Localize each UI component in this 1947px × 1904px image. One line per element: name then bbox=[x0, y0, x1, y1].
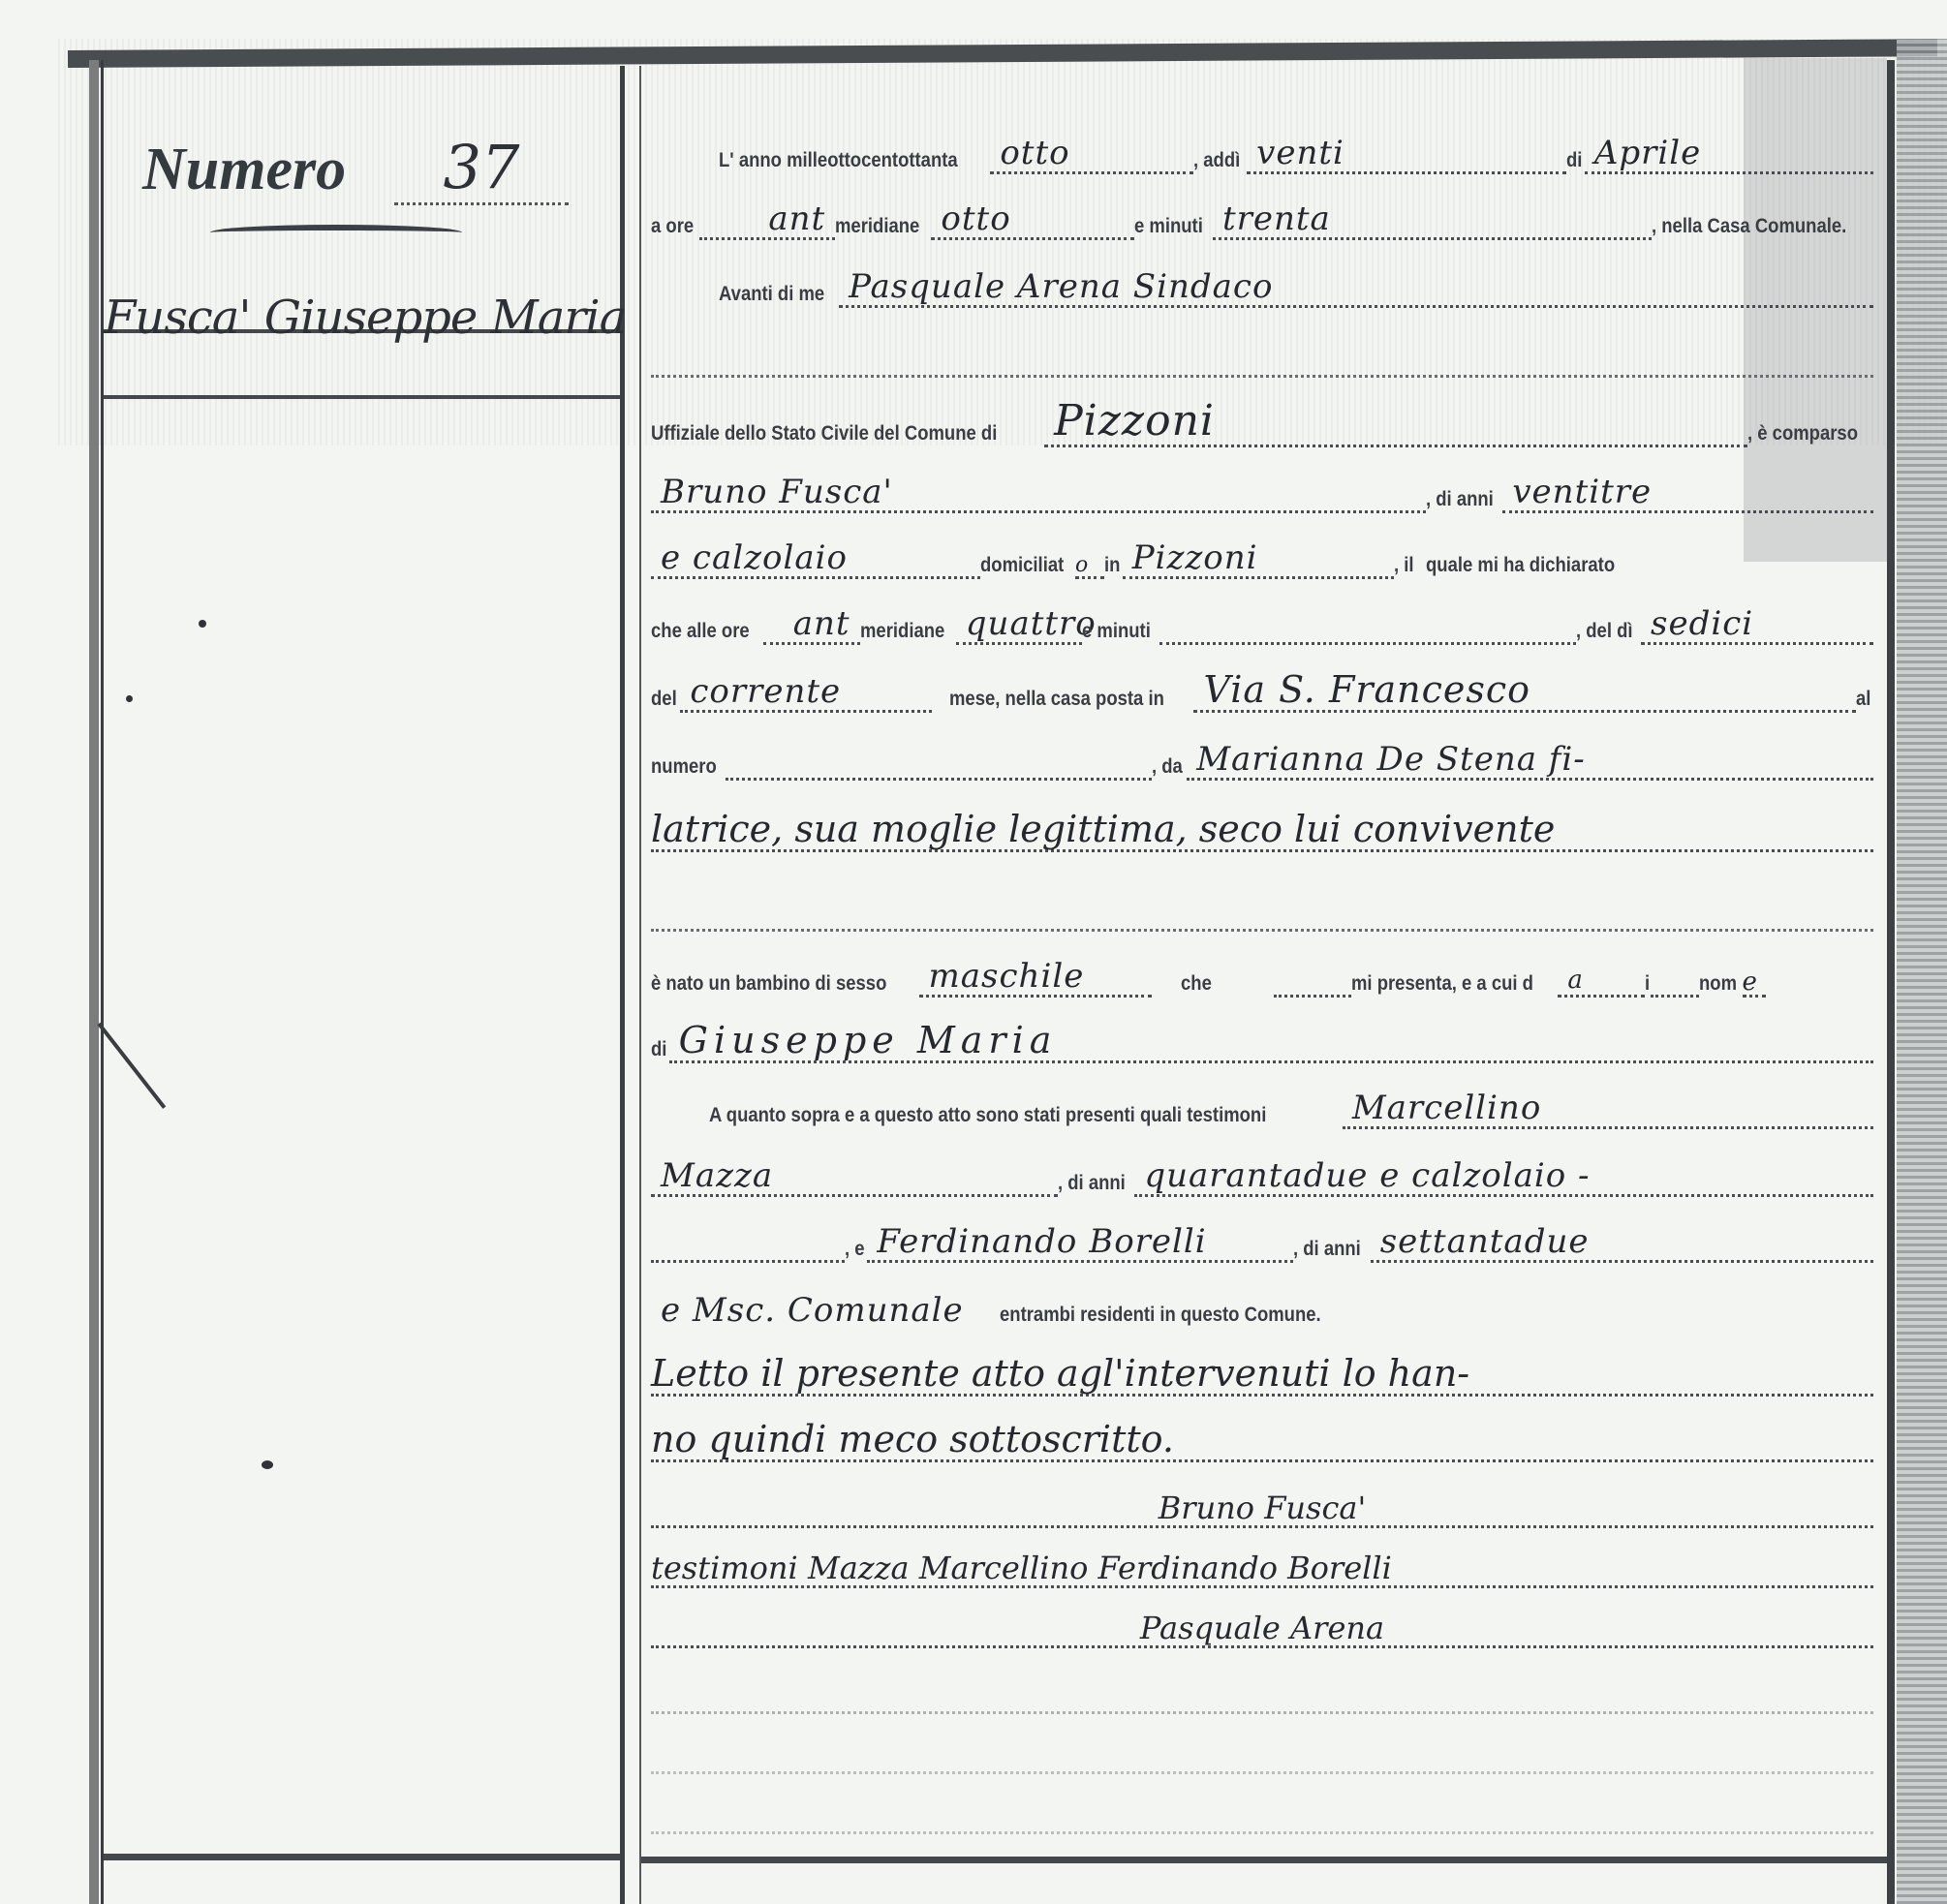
signature: Bruno Fusca' bbox=[651, 1473, 1873, 1528]
handwritten-field bbox=[726, 733, 1152, 781]
handwritten-field: venti bbox=[1247, 127, 1566, 174]
handwritten-field: Pasquale Arena Sindaco bbox=[839, 261, 1873, 308]
handwritten-field: trenta bbox=[1213, 193, 1652, 240]
printed-text: meridiane bbox=[835, 216, 919, 240]
handwritten-field: Ferdinando Borelli bbox=[867, 1215, 1293, 1263]
printed-text: meridiane bbox=[860, 621, 944, 645]
printed-text: e minuti bbox=[1134, 216, 1203, 240]
form-line-blank-5 bbox=[651, 1776, 1873, 1834]
column-divider-inner bbox=[639, 66, 641, 1904]
printed-text: in bbox=[1104, 555, 1120, 579]
handwritten-field: ant bbox=[763, 598, 860, 645]
signature: Pasquale Arena bbox=[651, 1593, 1873, 1648]
form-line-witness-1: Mazza , di anni quarantadue e calzolaio … bbox=[651, 1139, 1873, 1197]
handwritten-field: a bbox=[1558, 950, 1645, 998]
printed-text: e minuti bbox=[1082, 621, 1151, 645]
handwritten-text: Letto il presente atto agl'intervenuti l… bbox=[651, 1341, 1873, 1397]
handwritten-field bbox=[1159, 598, 1576, 645]
handwritten-field: Marianna De Stena fi- bbox=[1187, 733, 1873, 781]
closing-line-2: no quindi meco sottoscritto. bbox=[651, 1404, 1873, 1462]
printed-text: che bbox=[1181, 973, 1212, 998]
printed-text: nom bbox=[1699, 973, 1737, 998]
register-number: 37 bbox=[394, 132, 569, 205]
handwritten-field: e Msc. Comunale bbox=[651, 1284, 961, 1329]
form-line-witness-2: , e Ferdinando Borelli , di anni settant… bbox=[651, 1205, 1873, 1263]
printed-text: al bbox=[1856, 689, 1870, 713]
form-line-blank-2 bbox=[651, 874, 1873, 932]
handwritten-field bbox=[1274, 950, 1351, 998]
form-line-mother: numero , da Marianna De Stena fi- bbox=[651, 722, 1873, 781]
handwritten-field: Via S. Francesco bbox=[1193, 665, 1856, 713]
form-line-place: del corrente mese, nella casa posta in V… bbox=[651, 655, 1873, 713]
handwritten-field: quarantadue e calzolaio - bbox=[1134, 1150, 1873, 1197]
printed-text: , del dì bbox=[1576, 621, 1633, 645]
handwritten-field: Mazza bbox=[651, 1150, 1058, 1197]
printed-text: mi presenta, e a cui d bbox=[1351, 973, 1533, 998]
printed-text: Avanti di me bbox=[719, 284, 824, 308]
top-border-rule bbox=[68, 39, 1937, 68]
left-bottom-rule bbox=[104, 1854, 620, 1860]
signature: testimoni Mazza Marcellino Ferdinando Bo… bbox=[651, 1533, 1873, 1588]
handwritten-field: otto bbox=[931, 193, 1134, 240]
form-line-blank-4 bbox=[651, 1716, 1873, 1774]
dotted-rule bbox=[651, 919, 1873, 932]
form-line-residence: e Msc. Comunale entrambi residenti in qu… bbox=[651, 1271, 1873, 1329]
printed-text: , di anni bbox=[1426, 489, 1494, 513]
handwritten-field bbox=[1651, 950, 1699, 998]
handwritten-text: no quindi meco sottoscritto. bbox=[651, 1407, 1873, 1462]
page-edge bbox=[1897, 39, 1947, 1904]
printed-text: quale mi ha dichiarato bbox=[1426, 555, 1615, 579]
form-line-mother-cont: latrice, sua moglie legittima, seco lui … bbox=[651, 794, 1873, 852]
handwritten-field: e bbox=[1743, 952, 1766, 998]
handwritten-field: Giuseppe Maria bbox=[669, 1016, 1873, 1063]
closing-line-1: Letto il presente atto agl'intervenuti l… bbox=[651, 1338, 1873, 1397]
form-line-child-sex: è nato un bambino di sesso maschile che … bbox=[651, 939, 1873, 998]
handwritten-field: Marcellino bbox=[1343, 1082, 1873, 1129]
scan-noise bbox=[58, 39, 1947, 445]
printed-text: del bbox=[651, 689, 677, 713]
left-section-rule bbox=[104, 395, 620, 399]
signature-line-witnesses: testimoni Mazza Marcellino Ferdinando Bo… bbox=[651, 1530, 1873, 1588]
dotted-rule bbox=[651, 365, 1873, 378]
printed-text: , di anni bbox=[1293, 1239, 1361, 1263]
handwritten-field: quattro bbox=[956, 598, 1082, 645]
printed-text: , nella Casa Comunale. bbox=[1652, 216, 1846, 240]
signature-line-declarant: Bruno Fusca' bbox=[651, 1470, 1873, 1528]
handwritten-field: o bbox=[1075, 534, 1104, 579]
handwritten-field: latrice, sua moglie legittima, seco lui … bbox=[651, 797, 1873, 852]
printed-text: di bbox=[1566, 150, 1582, 174]
printed-text: Uffiziale dello Stato Civile del Comune … bbox=[651, 423, 997, 447]
ink-spot bbox=[126, 695, 133, 702]
handwritten-field: ant bbox=[699, 193, 835, 240]
dotted-rule bbox=[651, 1822, 1873, 1834]
printed-text: L' anno milleottocentottanta bbox=[719, 150, 958, 174]
handwritten-field: Aprile bbox=[1585, 127, 1873, 174]
form-line-hour: a ore ant meridiane otto e minuti trenta… bbox=[651, 182, 1873, 240]
printed-text: , e bbox=[845, 1239, 865, 1263]
handwritten-field: corrente bbox=[680, 665, 932, 713]
handwritten-field: Bruno Fusca' bbox=[651, 466, 1426, 513]
form-line-domicile: e calzolaio domiciliat o in Pizzoni , il… bbox=[651, 521, 1873, 579]
handwritten-field: Pizzoni bbox=[1044, 400, 1747, 447]
form-line-year: L' anno milleottocentottanta otto , addì… bbox=[651, 116, 1873, 174]
dotted-rule bbox=[651, 1762, 1873, 1774]
handwritten-field: maschile bbox=[919, 950, 1152, 998]
signature-line-officer: Pasquale Arena bbox=[651, 1590, 1873, 1648]
printed-text: A quanto sopra e a questo atto sono stat… bbox=[709, 1105, 1266, 1129]
handwritten-field: Pizzoni bbox=[1123, 532, 1394, 579]
handwritten-field: otto bbox=[990, 127, 1193, 174]
handwritten-field: e calzolaio bbox=[651, 532, 980, 579]
dotted-rule bbox=[651, 1702, 1873, 1714]
handwritten-field: ventitre bbox=[1502, 466, 1873, 513]
printed-text: entrambi residenti in questo Comune. bbox=[1000, 1305, 1321, 1329]
form-line-birth-time: che alle ore ant meridiane quattro e min… bbox=[651, 587, 1873, 645]
handwritten-field bbox=[651, 1215, 845, 1263]
form-line-blank-3 bbox=[651, 1656, 1873, 1714]
numero-label: Numero bbox=[142, 136, 346, 204]
printed-text: , da bbox=[1152, 756, 1183, 781]
printed-text: numero bbox=[651, 756, 717, 781]
printed-text: di bbox=[651, 1039, 666, 1063]
printed-text: che alle ore bbox=[651, 621, 750, 645]
margin-name: Fusca' Giuseppe Maria bbox=[104, 291, 607, 345]
handwritten-field: sedici bbox=[1641, 598, 1873, 645]
form-line-child-name: di Giuseppe Maria bbox=[651, 1005, 1873, 1063]
ink-spot bbox=[199, 620, 206, 628]
flourish-ornament bbox=[210, 225, 462, 240]
printed-text: è nato un bambino di sesso bbox=[651, 973, 886, 998]
form-line-officer: Avanti di me Pasquale Arena Sindaco bbox=[651, 250, 1873, 308]
printed-text: i bbox=[1645, 973, 1650, 998]
left-binding-edge bbox=[89, 60, 99, 1904]
form-line-witnesses: A quanto sopra e a questo atto sono stat… bbox=[651, 1071, 1873, 1129]
form-line-comune: Uffiziale dello Stato Civile del Comune … bbox=[651, 389, 1873, 447]
ink-stroke bbox=[97, 1023, 166, 1109]
printed-text: , è comparso bbox=[1747, 423, 1858, 447]
printed-text: a ore bbox=[651, 216, 694, 240]
printed-text: , addì bbox=[1193, 150, 1240, 174]
form-line-blank bbox=[651, 320, 1873, 378]
printed-text: domiciliat bbox=[980, 555, 1064, 579]
printed-text: mese, nella casa posta in bbox=[949, 689, 1164, 713]
ink-spot bbox=[262, 1460, 273, 1469]
right-bottom-rule bbox=[641, 1857, 1887, 1863]
printed-text: , di anni bbox=[1058, 1173, 1126, 1197]
handwritten-field: settantadue bbox=[1371, 1215, 1873, 1263]
right-border bbox=[1887, 60, 1895, 1904]
printed-text: , il bbox=[1394, 555, 1414, 579]
form-line-declarant: Bruno Fusca' , di anni ventitre bbox=[651, 455, 1873, 513]
